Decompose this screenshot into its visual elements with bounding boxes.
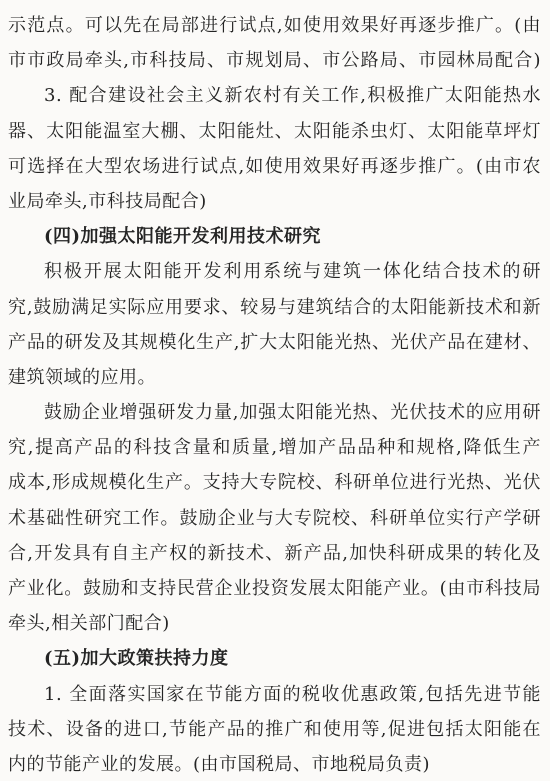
text-line: 器、太阳能温室大棚、太阳能灶、太阳能杀虫灯、太阳能草坪灯等。 — [8, 114, 541, 149]
text-line: 合,开发具有自主产权的新技术、新产品,加快科研成果的转化及 — [8, 536, 541, 571]
text-line: 究,鼓励满足实际应用要求、较易与建筑结合的太阳能新技术和新 — [8, 290, 541, 325]
text-line: 示范点。可以先在局部进行试点,如使用效果好再逐步推广。(由 — [8, 8, 541, 43]
text-line: 可选择在大型农场进行试点,如使用效果好再逐步推广。(由市农 — [8, 149, 541, 184]
text-line: 成本,形成规模化生产。支持大专院校、科研单位进行光热、光伏技 — [8, 465, 541, 500]
text-line: 业局牵头,市科技局配合) — [8, 184, 541, 219]
text-line: 3. 配合建设社会主义新农村有关工作,积极推广太阳能热水 — [8, 78, 541, 113]
text-line: 市市政局牵头,市科技局、市规划局、市公路局、市园林局配合) — [8, 43, 541, 78]
text-line: 积极开展太阳能开发利用系统与建筑一体化结合技术的研 — [8, 254, 541, 289]
text-line: 产品的研发及其规模化生产,扩大太阳能光热、光伏产品在建材、 — [8, 325, 541, 360]
section-heading: (五)加大政策扶持力度 — [8, 641, 541, 676]
text-line: 鼓励企业增强研发力量,加强太阳能光热、光伏技术的应用研 — [8, 395, 541, 430]
text-line: 究,提高产品的科技含量和质量,增加产品品种和规格,降低生产 — [8, 430, 541, 465]
text-line: 建筑领域的应用。 — [8, 360, 541, 395]
text-line: 内的节能产业的发展。(由市国税局、市地税局负责) — [8, 747, 541, 781]
text-line: 技术、设备的进口,节能产品的推广和使用等,促进包括太阳能在 — [8, 712, 541, 747]
text-line: 1. 全面落实国家在节能方面的税收优惠政策,包括先进节能 — [8, 677, 541, 712]
text-line: 牵头,相关部门配合) — [8, 606, 541, 641]
document-page: 示范点。可以先在局部进行试点,如使用效果好再逐步推广。(由市市政局牵头,市科技局… — [0, 0, 550, 781]
document-text-block: 示范点。可以先在局部进行试点,如使用效果好再逐步推广。(由市市政局牵头,市科技局… — [8, 8, 541, 781]
text-line: 术基础性研究工作。鼓励企业与大专院校、科研单位实行产学研联 — [8, 501, 541, 536]
section-heading: (四)加强太阳能开发利用技术研究 — [8, 219, 541, 254]
text-line: 产业化。鼓励和支持民营企业投资发展太阳能产业。(由市科技局 — [8, 571, 541, 606]
